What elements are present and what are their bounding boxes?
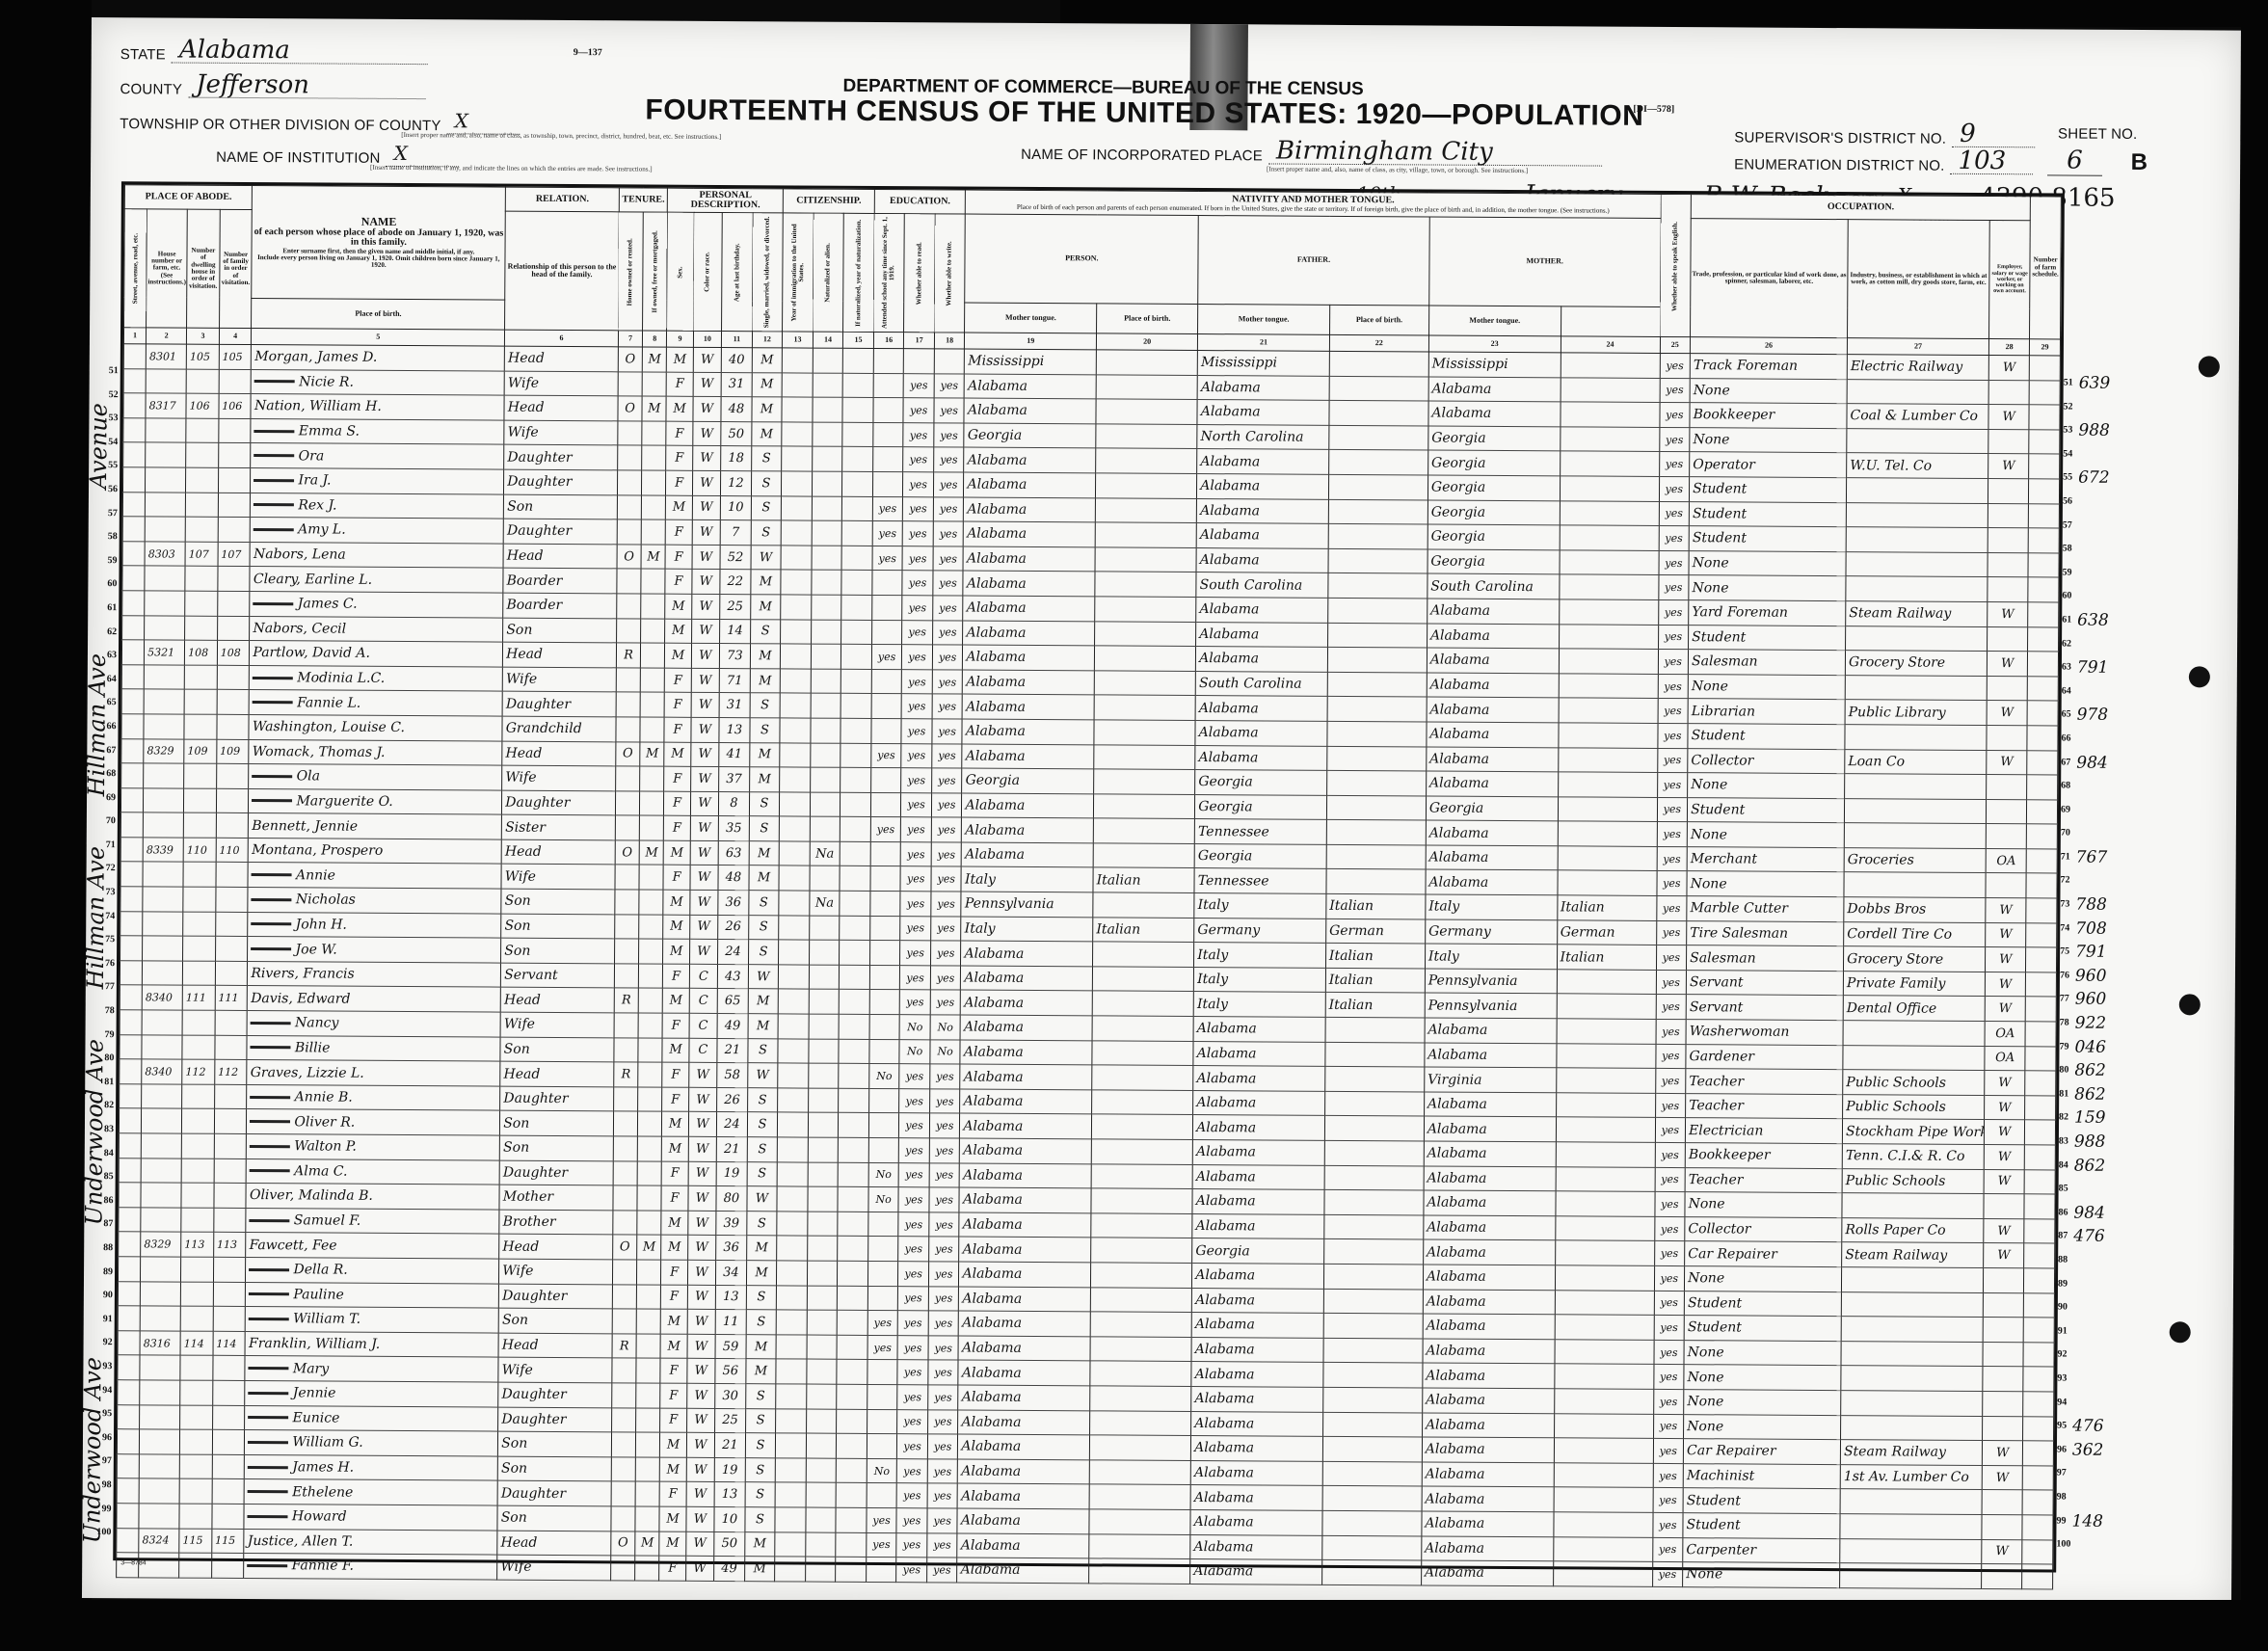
cell-emp: W (1984, 1243, 2024, 1268)
cell-read: yes (901, 694, 932, 719)
cell-fam: 111 (215, 986, 248, 1011)
cell-write: yes (932, 620, 963, 645)
cell-mmt (1561, 353, 1660, 378)
cell-natyr (842, 471, 873, 496)
cell-farm (2023, 1416, 2054, 1441)
cell-nat (808, 1212, 839, 1237)
cell-mmt (1557, 994, 1656, 1019)
cell-fam (213, 1257, 246, 1282)
naturalization-year-header: If naturalized, year of naturalization. (843, 213, 874, 332)
cell-sch (869, 965, 900, 990)
cell-rel: Daughter (499, 1160, 613, 1185)
cell-ms: M (750, 644, 781, 669)
cell-race: C (689, 964, 718, 989)
cell-rel: Wife (500, 1012, 614, 1037)
surname: Nation, (254, 399, 309, 414)
cell-own (612, 1260, 636, 1285)
given-name: Samuel F. (294, 1212, 361, 1228)
line-number: 78 (86, 999, 115, 1024)
cell-sex: F (661, 1185, 687, 1211)
cell-mmt (1560, 451, 1659, 476)
cell-mbp: Pennsylvania (1425, 993, 1557, 1018)
cell-fbp: Alabama (1191, 1313, 1323, 1338)
cell-emp (1987, 725, 2027, 750)
cell-mt (1091, 1213, 1192, 1238)
cell-farm (2022, 1515, 2053, 1540)
family-number-header: Number of family in order of visitation. (219, 209, 252, 328)
ditto-mark (253, 775, 293, 778)
cell-write: yes (929, 1187, 960, 1212)
cell-emp: OA (1985, 1022, 2025, 1047)
cell-race: W (688, 1112, 717, 1137)
cell-nat (808, 1186, 839, 1212)
person-name: Womack, Thomas J. (249, 739, 502, 765)
cell-farm (2024, 1219, 2055, 1244)
cell-rel: Son (499, 1135, 613, 1160)
cell-nat (809, 1039, 840, 1064)
cell-fam (218, 467, 251, 493)
line-number: 93 (2057, 1367, 2067, 1391)
cell-house (141, 1158, 181, 1183)
cell-rel: Daughter (498, 1382, 612, 1407)
ditto-mark (254, 380, 295, 383)
cell-fmt (1329, 401, 1428, 426)
cell-age: 13 (719, 717, 750, 742)
cell-write: yes (931, 892, 962, 917)
cell-own (611, 1506, 635, 1531)
cell-ms: M (746, 1334, 777, 1359)
cell-read: yes (900, 990, 931, 1015)
cell-natyr (837, 1433, 867, 1458)
cell-ms: S (746, 1211, 777, 1236)
cell-mmt (1559, 649, 1658, 674)
cell-eng: yes (1654, 1340, 1685, 1365)
column-number: 19 (965, 333, 1097, 350)
cell-own (612, 1383, 636, 1408)
cell-nat (807, 1310, 838, 1335)
line-number: 61 (2062, 608, 2071, 632)
cell-eng: yes (1658, 650, 1689, 675)
person-name: Morgan, James D. (252, 345, 505, 371)
cell-rel: Head (497, 1531, 611, 1556)
line-number-right: 85 (2059, 1178, 2136, 1202)
cell-fbp: Alabama (1193, 1041, 1325, 1066)
cell-rel: Daughter (499, 1284, 613, 1309)
cell-mbp: Alabama (1426, 869, 1558, 894)
cell-nat (812, 570, 842, 595)
cell-natyr (836, 1557, 867, 1582)
cell-race: W (693, 372, 722, 397)
occupation-code: 476 (2072, 1415, 2104, 1439)
given-name: Jennie (314, 818, 358, 834)
cell-house (139, 1454, 179, 1479)
speak-english-header: Whether able to speak English. (1660, 194, 1691, 336)
line-number: 75 (2060, 941, 2069, 965)
cell-mbp: Alabama (1423, 1290, 1555, 1315)
cell-race: W (692, 495, 721, 520)
cell-read: yes (899, 1088, 930, 1113)
cell-age: 10 (720, 495, 751, 520)
cell-bp: Alabama (957, 1558, 1089, 1583)
cell-mt (1095, 572, 1196, 597)
line-number-right: 58 (2063, 538, 2140, 562)
cell-emp (1983, 1416, 2023, 1441)
cell-age: 8 (719, 791, 750, 816)
line-number: 98 (2057, 1485, 2067, 1509)
cell-fmt (1327, 623, 1427, 648)
occupation-group: OCCUPATION. (1691, 195, 2030, 221)
cell-mt (1093, 892, 1194, 918)
trade-header: Trade, profession, or particular kind of… (1691, 219, 1849, 338)
cell-imm (777, 1161, 808, 1186)
cell-occ: Student (1689, 526, 1846, 552)
cell-fmt (1326, 844, 1426, 869)
cell-fbp: South Carolina (1195, 671, 1327, 696)
cell-ms: S (747, 1112, 778, 1137)
cell-emp (1988, 503, 2028, 528)
cell-race: W (690, 865, 719, 891)
cell-write: yes (933, 496, 964, 521)
cell-farm (2028, 528, 2059, 553)
cell-street (120, 936, 143, 961)
cell-street (123, 417, 146, 442)
cell-mt (1094, 720, 1195, 745)
cell-occ: None (1684, 1365, 1841, 1391)
column-number: 10 (693, 331, 722, 347)
cell-sch: No (868, 1162, 899, 1187)
person-name: Annie B. (247, 1084, 500, 1110)
column-number: 8 (643, 331, 667, 347)
cell-eng: yes (1659, 526, 1690, 551)
cell-eng: yes (1652, 1562, 1683, 1587)
cell-fmt (1321, 1559, 1421, 1584)
cell-eng: yes (1653, 1414, 1684, 1439)
cell-natyr (839, 1137, 869, 1162)
line-number-right: 88 (2058, 1248, 2135, 1272)
cell-eng: yes (1657, 871, 1688, 896)
cell-read: yes (901, 768, 932, 793)
cell-fbp: Alabama (1190, 1485, 1322, 1510)
cell-street (122, 591, 145, 616)
cell-mt (1094, 671, 1195, 696)
cell-age: 21 (715, 1433, 746, 1458)
cell-street (118, 1355, 140, 1380)
cell-mmt (1556, 1068, 1655, 1093)
cell-dw: 111 (182, 986, 215, 1011)
cell-street (123, 393, 146, 418)
cell-mt (1094, 744, 1195, 769)
cell-mort (636, 1358, 660, 1383)
cell-eng: yes (1656, 995, 1687, 1020)
cell-rel: Mother (499, 1185, 613, 1210)
cell-mmt (1555, 1216, 1654, 1241)
given-name: Ira J. (298, 473, 331, 489)
cell-age: 80 (716, 1186, 747, 1212)
ditto-mark (250, 1169, 290, 1172)
cell-house: 8340 (142, 1059, 182, 1084)
cell-race: W (691, 594, 720, 619)
occupation-code: 984 (2076, 751, 2108, 775)
cell-bp: Alabama (961, 941, 1093, 966)
county-value: Jefferson (188, 72, 425, 100)
cell-sex: F (660, 1408, 686, 1433)
cell-ms: S (751, 520, 782, 546)
cell-mt (1093, 818, 1194, 843)
cell-mbp: Georgia (1428, 450, 1560, 475)
cell-sch (868, 1113, 899, 1138)
cell-natyr (838, 1162, 868, 1187)
cell-mmt (1554, 1438, 1653, 1463)
cell-write: yes (928, 1385, 959, 1410)
cell-fmt (1322, 1461, 1422, 1486)
cell-age: 21 (716, 1136, 747, 1161)
cell-eng: yes (1658, 699, 1689, 724)
cell-farm (2022, 1564, 2053, 1589)
cell-house (140, 1306, 180, 1331)
cell-fam (217, 665, 250, 690)
cell-dw (184, 689, 217, 714)
person-name: Fannie F. (244, 1554, 497, 1580)
cell-own: O (613, 1235, 637, 1260)
cell-fmt (1322, 1535, 1422, 1560)
cell-ind: Rolls Paper Co (1842, 1217, 1984, 1242)
cell-mt (1091, 1188, 1192, 1213)
cell-bp: Italy (961, 866, 1093, 892)
cell-dw (186, 418, 219, 443)
cell-ms: W (751, 545, 782, 570)
cell-house (145, 566, 185, 591)
cell-write: yes (928, 1262, 959, 1287)
cell-natyr (839, 1088, 869, 1113)
cell-read: yes (900, 892, 931, 917)
cell-mmt (1554, 1389, 1653, 1414)
cell-fam (211, 1553, 244, 1578)
cell-occ: None (1683, 1562, 1840, 1588)
cell-bp: Alabama (962, 817, 1094, 842)
cell-own (614, 1037, 638, 1062)
cell-rel: Daughter (504, 469, 618, 494)
given-name: John H. (296, 917, 347, 932)
cell-street (121, 689, 144, 714)
cell-read: yes (898, 1262, 929, 1287)
cell-occ: Salesman (1687, 945, 1844, 972)
cell-race: W (690, 890, 719, 915)
cell-fmt (1324, 1214, 1424, 1239)
cell-natyr (836, 1483, 867, 1508)
person-name: Ira J. (251, 467, 504, 493)
cell-own (616, 618, 640, 643)
line-number-right: 53988 (2063, 419, 2140, 443)
cell-eng: yes (1657, 846, 1688, 871)
cell-emp (1988, 478, 2029, 503)
cell-fbp: Alabama (1192, 1164, 1324, 1189)
occupation-code: 148 (2071, 1509, 2103, 1533)
given-name: David A. (312, 646, 370, 661)
cell-race: W (686, 1383, 715, 1408)
cell-age: 58 (717, 1063, 748, 1088)
line-number: 90 (2058, 1296, 2068, 1320)
person-name: Partlow, David A. (250, 641, 503, 667)
cell-write: yes (928, 1286, 959, 1311)
cell-write: yes (932, 719, 963, 744)
cell-eng: yes (1655, 1044, 1686, 1069)
cell-house: 8316 (140, 1331, 180, 1356)
cell-sch: yes (867, 1311, 898, 1336)
cell-read: yes (899, 1113, 930, 1138)
cell-bp: Alabama (958, 1410, 1090, 1435)
line-number-right: 93 (2057, 1367, 2134, 1391)
cell-mmt: Italian (1557, 945, 1656, 970)
cell-emp (1986, 873, 2026, 898)
cell-mbp: Alabama (1423, 1363, 1555, 1388)
cell-sch (873, 373, 904, 398)
cell-fbp: Georgia (1195, 794, 1327, 819)
cell-nat (809, 965, 840, 990)
cell-fmt (1326, 869, 1426, 894)
mother-tongue-header: Mother tongue. (1428, 306, 1561, 336)
cell-ms: M (744, 1531, 775, 1557)
cell-eng: yes (1655, 1192, 1686, 1217)
cell-ms: M (751, 570, 782, 595)
cell-nat (811, 743, 841, 768)
cell-farm (2025, 997, 2056, 1022)
column-number: 15 (843, 332, 874, 348)
cell-race: W (686, 1482, 715, 1507)
scan-border-top (1060, 0, 2268, 27)
cell-nat (806, 1433, 837, 1458)
column-number: 11 (722, 331, 753, 347)
cell-dw: 106 (186, 393, 219, 418)
cell-age: 36 (716, 1236, 747, 1261)
cell-mbp: Alabama (1427, 746, 1559, 771)
cell-house (145, 615, 185, 640)
ditto-mark (252, 800, 292, 803)
cell-read: yes (903, 422, 934, 447)
cell-sex: F (660, 1358, 686, 1383)
cell-fbp: Alabama (1192, 1189, 1324, 1214)
cell-emp (1983, 1367, 2023, 1392)
occupation-code: 862 (2074, 1059, 2106, 1083)
cell-farm (2022, 1465, 2053, 1490)
cell-occ: Student (1684, 1291, 1841, 1317)
ditto-mark (251, 1022, 291, 1025)
cell-ind (1841, 1366, 1983, 1391)
cell-imm (781, 546, 812, 571)
line-number-right: 83988 (2059, 1130, 2136, 1154)
given-name: Billie (295, 1040, 331, 1055)
cell-occ: Gardener (1686, 1044, 1843, 1070)
read-header: Whether able to read. (904, 214, 935, 333)
cell-mmt (1554, 1364, 1653, 1389)
cell-rel: Daughter (497, 1480, 611, 1505)
line-number: 64 (2062, 679, 2071, 704)
cell-ind: Steam Railway (1840, 1440, 1982, 1465)
cell-mort (637, 1211, 661, 1236)
cell-farm (2026, 947, 2057, 972)
cell-natyr (841, 546, 872, 571)
person-name: Ethelene (245, 1479, 498, 1505)
occupation-code: 708 (2075, 917, 2107, 941)
cell-sch (867, 1237, 898, 1262)
cell-farm (2029, 503, 2060, 528)
cell-fam (216, 813, 249, 839)
column-number: 9 (667, 331, 693, 347)
cell-ms: S (746, 1285, 777, 1310)
cell-sch (870, 866, 901, 892)
cell-fmt (1327, 721, 1427, 746)
given-name: James D. (317, 350, 377, 365)
cell-mt (1095, 621, 1196, 646)
cell-dw (182, 1109, 215, 1134)
cell-street (122, 467, 145, 493)
cell-sch (871, 694, 902, 719)
cell-ms: S (750, 619, 781, 644)
column-number: 13 (783, 332, 814, 348)
cell-age: 26 (718, 915, 749, 940)
cell-mort (638, 1062, 662, 1087)
cell-farm (2026, 873, 2057, 898)
cell-age: 25 (715, 1408, 746, 1433)
cell-dw (180, 1380, 213, 1405)
line-number-right: 82159 (2059, 1106, 2136, 1131)
cell-read: No (899, 1039, 930, 1064)
cell-mbp: Alabama (1427, 697, 1559, 722)
cell-ms: S (745, 1384, 776, 1409)
occupation-code: 476 (2073, 1225, 2105, 1249)
cell-mort (636, 1285, 660, 1310)
cell-age: 34 (716, 1260, 747, 1285)
given-name: Amy L. (298, 522, 346, 538)
cell-farm (2023, 1367, 2054, 1392)
cell-dw (179, 1454, 212, 1479)
line-number: 88 (84, 1237, 113, 1261)
cell-age: 40 (721, 347, 752, 372)
cell-bp: Alabama (957, 1533, 1089, 1558)
cell-write: yes (934, 373, 965, 398)
cell-fbp: Italy (1194, 893, 1326, 919)
cell-farm (2023, 1318, 2054, 1343)
cell-natyr (839, 1039, 869, 1064)
cell-nat (808, 1162, 839, 1187)
cell-mmt (1556, 1043, 1655, 1068)
cell-race: W (690, 791, 719, 816)
cell-eng: yes (1655, 1142, 1686, 1167)
cell-race: W (688, 1211, 717, 1236)
cell-sch: yes (871, 645, 902, 670)
surname: Oliver, (250, 1188, 299, 1204)
scan-border-right (2241, 0, 2268, 1651)
state-value: Alabama (172, 38, 428, 66)
cell-sch (867, 1409, 897, 1434)
occupation-code: 638 (2077, 609, 2109, 633)
cell-emp: W (1987, 750, 2027, 775)
cell-sex: M (661, 1236, 687, 1261)
cell-sex: M (663, 890, 689, 915)
column-number: 28 (1989, 339, 2030, 356)
column-number: 12 (752, 332, 783, 348)
cell-write: No (930, 1039, 961, 1064)
given-name: Eunice (293, 1410, 340, 1425)
cell-mbp: Georgia (1428, 426, 1561, 451)
cell-sch: No (868, 1187, 899, 1212)
cell-house (142, 1010, 182, 1035)
cell-mmt (1553, 1512, 1652, 1537)
cell-sch: yes (870, 817, 901, 842)
scan-border-bottom (0, 1600, 2268, 1651)
cell-emp: W (1985, 1120, 2025, 1145)
cell-write: yes (929, 1162, 960, 1187)
cell-street (123, 368, 146, 393)
